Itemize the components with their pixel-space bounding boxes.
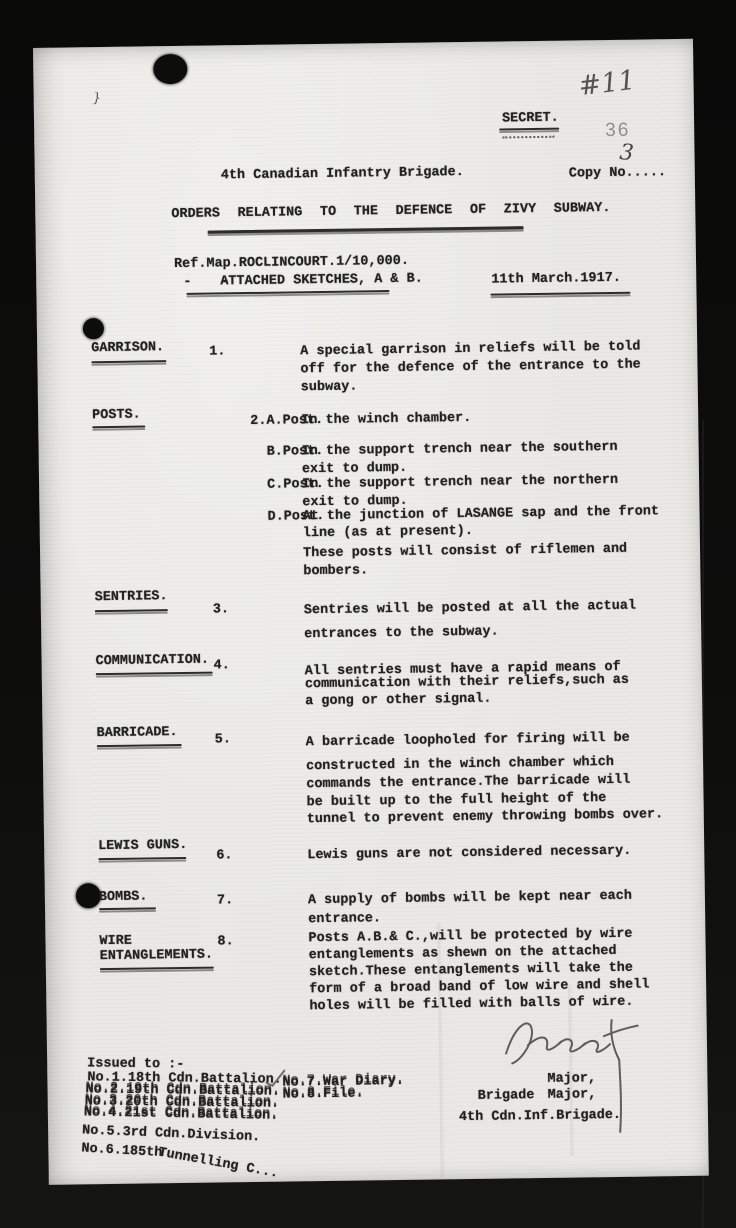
document-date: 11th March.1917. [491,271,621,288]
label-underline [100,967,214,971]
ref-sketches-line: ATTACHED SKETCHES, A & B. [220,272,423,290]
section-number: 3. [213,602,229,618]
signature-brigade: Brigade [478,1088,535,1104]
section-number: 1. [209,344,225,360]
body-line: off for the defence of the entrance to t… [300,358,640,378]
section-label-communication: COMMUNICATION. [95,653,209,670]
section-label-posts: POSTS. [92,408,141,424]
label-underline [92,425,145,428]
stamp-number: 36 [605,120,630,142]
body-line: A special garrison in reliefs will be to… [300,340,640,360]
date-underline [490,292,630,296]
section-number: 6. [216,848,232,864]
hole-punch-bottom [76,883,101,908]
label-underline [96,672,213,676]
body-line: In the support trench near the northern [302,473,618,493]
document-title: ORDERS RELATING TO THE DEFENCE OF ZIVY S… [171,201,610,223]
label-underline [99,907,156,910]
body-line: subway. [301,380,358,396]
classification-label: SECRET. [502,111,559,127]
body-line: constructed in the winch chamber which [306,755,614,775]
section-label-lewis-guns: LEWIS GUNS. [98,838,187,855]
signature-rank: Major, [547,1071,596,1087]
distribution-item-no6: No.6.185th [81,1141,163,1161]
body-line: In the support trench near the southern [302,440,618,460]
margin-pencil-mark: } [93,91,101,106]
section-label-entanglements: ENTANGLEMENTS. [100,948,214,965]
section-number: 4. [214,658,230,674]
classification-dotted-line [502,136,554,139]
section-number: 8. [217,934,233,950]
distribution-file-item: No.8.File. [283,1086,364,1103]
label-underline [95,609,168,612]
body-line: Sentries will be posted at all the actua… [304,599,636,619]
body-line: bombers. [303,563,368,579]
ref-map-line: Ref.Map.ROCLINCOURT.1/10,000. [174,254,409,273]
section-label-sentries: SENTRIES. [95,589,168,606]
section-label-wire: WIRE [99,934,132,950]
body-line: line (as at present). [303,524,473,542]
body-line: commands the entrance.The barricade will [306,773,630,793]
label-underline [91,360,166,363]
body-line: a gong or other signal. [305,692,492,710]
body-line: tunnel to prevent enemy throwing bombs o… [307,807,664,827]
body-line: A supply of bombs will be kept near each [308,889,632,909]
label-underline [97,744,182,747]
body-line: Lewis guns are not considered necessary. [307,844,631,864]
label-underline [98,857,186,860]
section-number: 5. [215,732,231,748]
body-line: entrances to the subway. [304,625,499,643]
body-line: These posts will consist of riflemen and [303,542,627,562]
section-label-barricade: BARRICADE. [96,725,177,742]
copy-number-label: Copy No..... [569,165,666,182]
handwritten-copy-number: 3 [618,140,634,166]
photo-background: } SECRET. #11 36 4th Canadian Infantry B… [0,0,736,1228]
hole-punch-top [153,54,187,84]
body-line: A barricade loopholed for firing will be [306,731,630,751]
section-label-garrison: GARRISON. [91,340,164,357]
handwritten-page-number: #11 [577,65,637,103]
body-line: entrance. [308,911,381,928]
distribution-item: No.4.21st Cdn.Battalion. [84,1105,279,1124]
distribution-item-no6-tail: Tunnelling C... [157,1145,279,1182]
signature-unit: 4th Cdn.Inf.Brigade. [459,1108,621,1126]
signature-rank2: Major, [548,1087,597,1103]
hole-punch-middle [83,318,104,339]
body-line: In the winch chamber. [301,411,471,429]
title-underline [208,226,524,233]
section-number: 7. [217,893,233,909]
body-line: communication with their reliefs,such as [305,673,629,693]
sketches-underline [186,290,389,295]
document-page: } SECRET. #11 36 4th Canadian Infantry B… [33,39,709,1185]
section-label-bombs: BOMBS. [99,889,148,905]
unit-title: 4th Canadian Infantry Brigade. [221,165,464,184]
classification-underline [499,128,559,131]
